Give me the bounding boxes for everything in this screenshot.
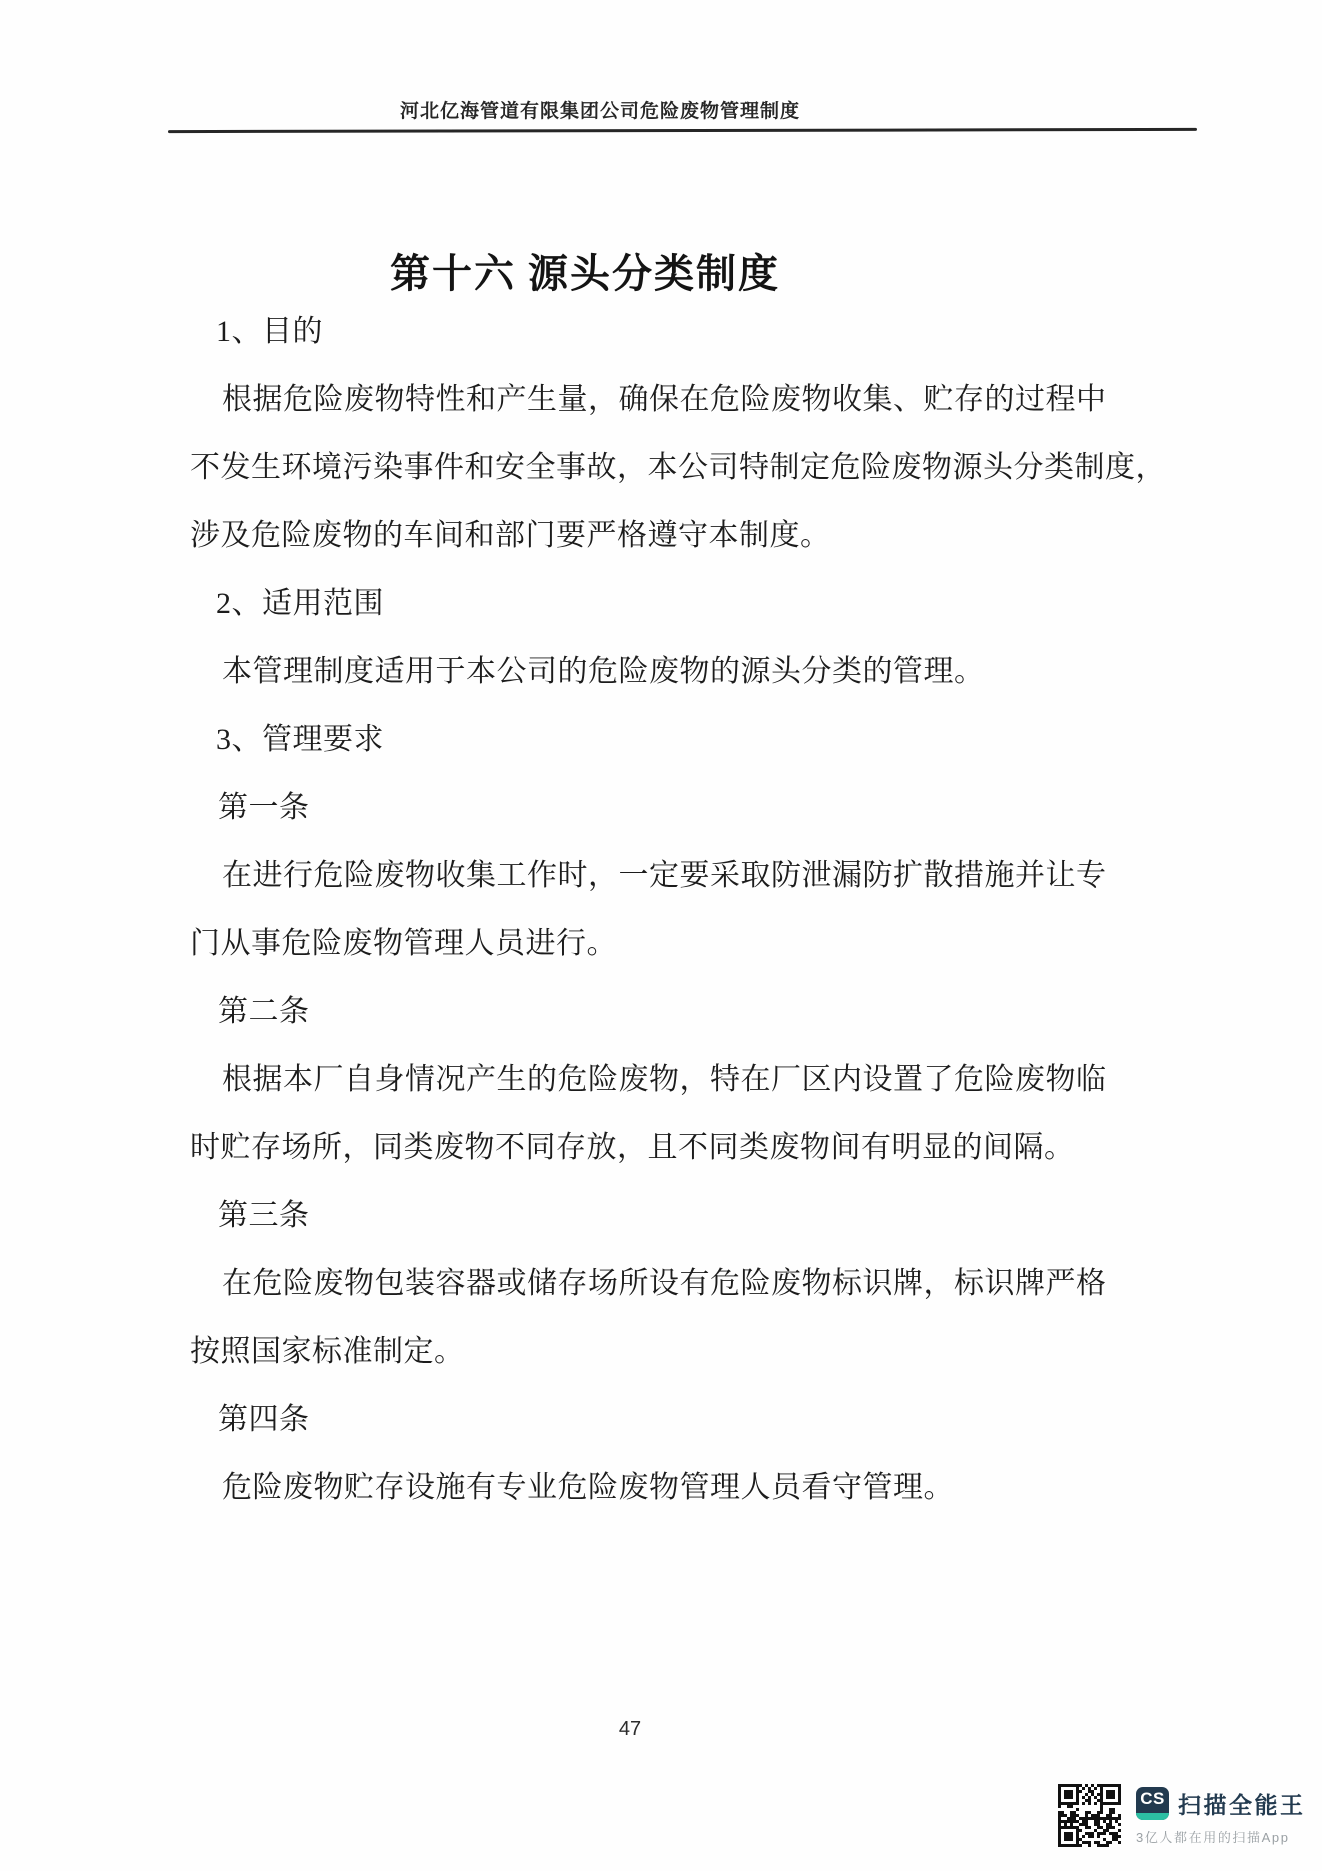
body-line: 在危险废物包装容器或储存场所设有危险废物标识牌，标识牌严格 (0, 1246, 1322, 1314)
page-number: 47 (0, 1718, 1260, 1741)
body-line: 危险废物贮存设施有专业危险废物管理人员看守管理。 (0, 1450, 1322, 1518)
body-line: 根据危险废物特性和产生量，确保在危险废物收集、贮存的过程中 (0, 362, 1322, 430)
body-line: 根据本厂自身情况产生的危险废物，特在厂区内设置了危险废物临 (0, 1042, 1322, 1110)
camscanner-logo-icon: CS (1136, 1787, 1169, 1820)
body-line: 门从事危险废物管理人员进行。 (0, 906, 1322, 974)
body-line: 时贮存场所，同类废物不同存放，且不同类废物间有明显的间隔。 (0, 1110, 1322, 1178)
section-heading: 2、适用范围 (0, 566, 1322, 634)
body-line: 不发生环境污染事件和安全事故，本公司特制定危险废物源头分类制度， (0, 430, 1322, 498)
camscanner-app-name: 扫描全能王 (1178, 1787, 1306, 1820)
page-header-text: 河北亿海管道有限集团公司危险废物管理制度 (0, 96, 1200, 123)
qr-code-icon (1058, 1784, 1121, 1847)
camscanner-brand: CS 扫描全能王 3亿人都在用的扫描App (1136, 1783, 1306, 1847)
body-line: 本管理制度适用于本公司的危险废物的源头分类的管理。 (0, 634, 1322, 702)
clause-heading: 第一条 (0, 770, 1322, 838)
clause-heading: 第二条 (0, 974, 1322, 1042)
camscanner-tagline: 3亿人都在用的扫描App (1136, 1827, 1306, 1846)
section-heading: 3、管理要求 (0, 702, 1322, 770)
clause-heading: 第三条 (0, 1178, 1322, 1246)
clause-heading: 第四条 (0, 1382, 1322, 1450)
camscanner-watermark: CS 扫描全能王 3亿人都在用的扫描App (1058, 1783, 1306, 1847)
body-line: 按照国家标准制定。 (0, 1314, 1322, 1382)
document-title: 第十六 源头分类制度 (0, 242, 1170, 299)
document-body: 1、目的根据危险废物特性和产生量，确保在危险废物收集、贮存的过程中不发生环境污染… (0, 294, 1322, 1518)
section-heading: 1、目的 (0, 294, 1322, 362)
header-rule (168, 128, 1197, 133)
document-page: 河北亿海管道有限集团公司危险废物管理制度 第十六 源头分类制度 1、目的根据危险… (0, 0, 1322, 1871)
body-line: 在进行危险废物收集工作时，一定要采取防泄漏防扩散措施并让专 (0, 838, 1322, 906)
body-line: 涉及危险废物的车间和部门要严格遵守本制度。 (0, 498, 1322, 566)
